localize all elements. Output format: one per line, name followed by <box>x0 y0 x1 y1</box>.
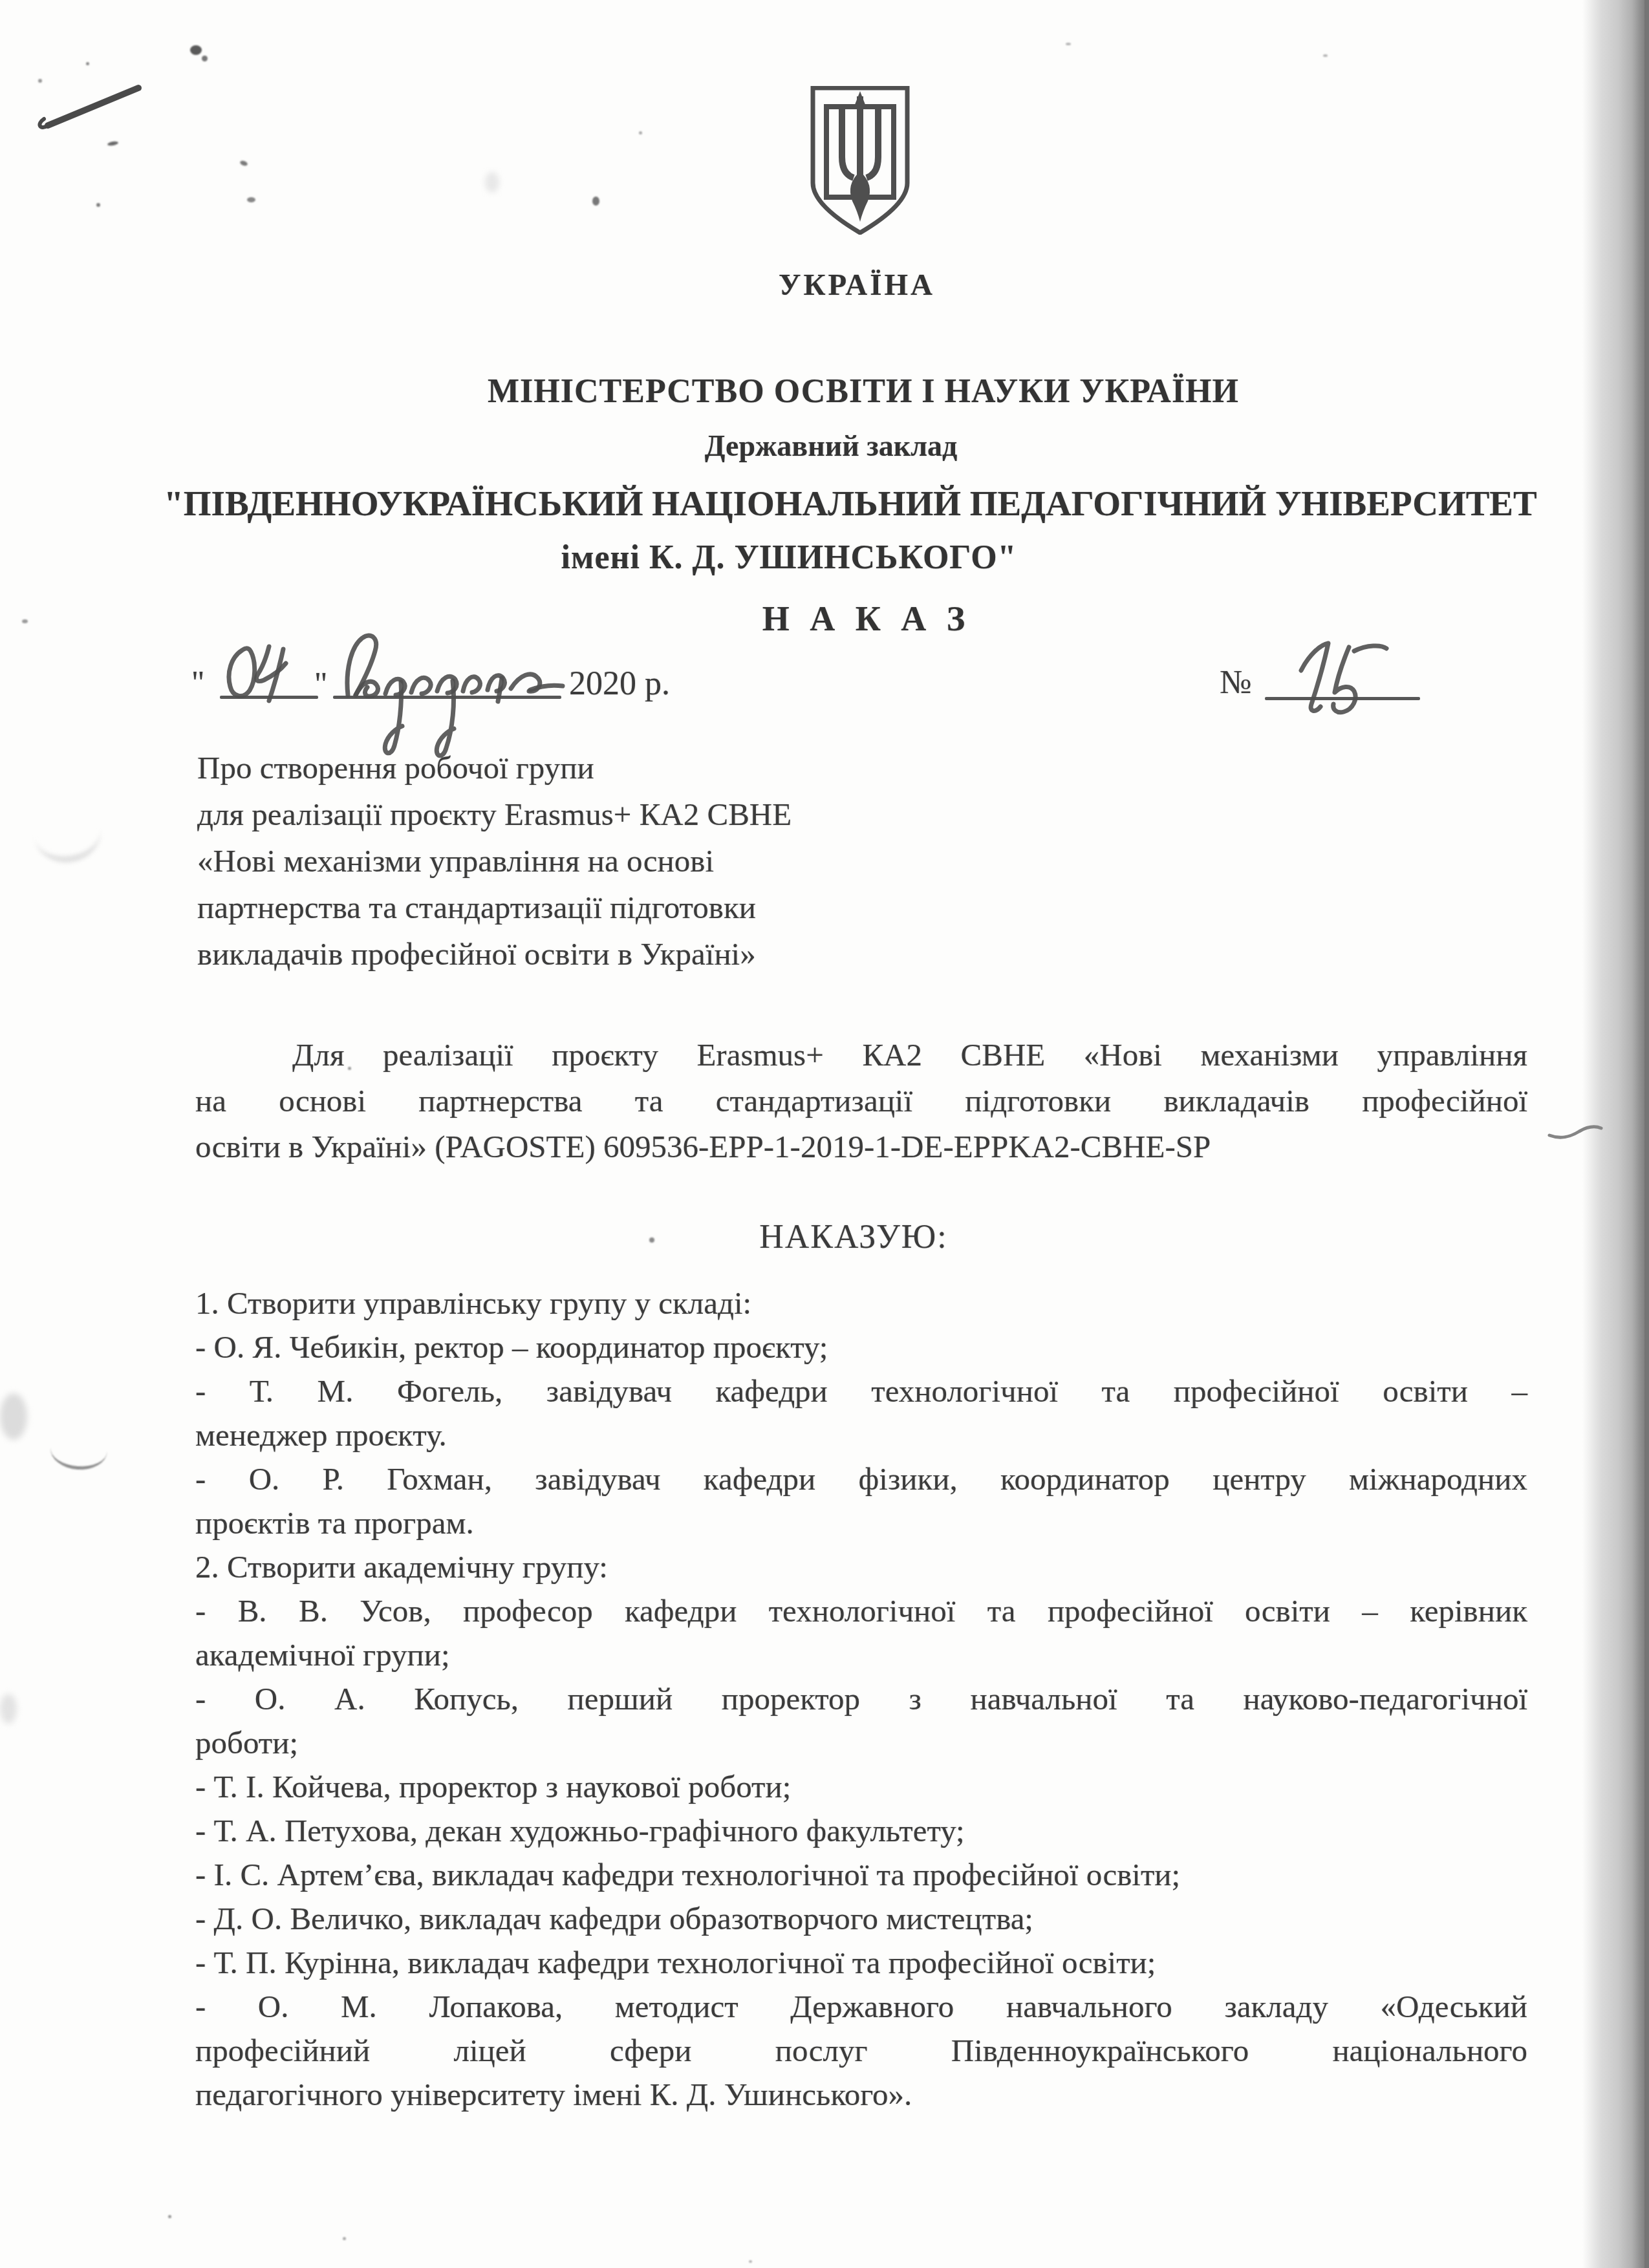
order-line: - О. Р. Гохман, завідувач кафедри фізики… <box>195 1457 1527 1501</box>
date-open-quote: " <box>191 663 204 701</box>
handwritten-date-day <box>220 639 304 707</box>
dust-speck <box>0 1694 17 1724</box>
dust-speck <box>348 1067 351 1070</box>
dust-speck <box>86 62 89 65</box>
order-line: педагогічного університету імені К. Д. У… <box>195 2073 1527 2117</box>
dust-speck <box>239 160 248 167</box>
dust-speck <box>38 79 42 83</box>
order-line: - О. М. Лопакова, методист Державного на… <box>195 1985 1527 2029</box>
number-sign: № <box>1220 663 1252 701</box>
dust-speck <box>247 197 255 202</box>
dust-speck <box>343 2237 346 2240</box>
intro-line: освіти в Україні» (PAGOSTE) 609536-EPP-1… <box>195 1124 1527 1170</box>
dust-speck <box>1066 43 1071 45</box>
order-line: - Т. А. Петухова, декан художньо-графічн… <box>195 1809 1527 1853</box>
order-line: - І. С. Артем’єва, викладач кафедри техн… <box>195 1853 1527 1897</box>
document-type-title: Н А К А З <box>762 599 971 639</box>
order-line: проєктів та програм. <box>195 1501 1527 1545</box>
order-line: 2. Створити академічну групу: <box>195 1545 1527 1589</box>
order-line: - Т. П. Курінна, викладач кафедри технол… <box>195 1941 1527 1985</box>
scan-squiggle-mark <box>1547 1118 1605 1145</box>
intro-line: Для реалізації проєкту Erasmus+ КА2 СВНЕ… <box>195 1032 1527 1078</box>
order-line: менеджер проєкту. <box>195 1413 1527 1457</box>
subject-line: «Нові механізми управління на основі <box>197 838 941 884</box>
order-line: - О. А. Копусь, перший проректор з навча… <box>195 1677 1527 1721</box>
order-subject: Про створення робочої групи для реалізац… <box>197 745 941 978</box>
institution-name-line1: "ПІВДЕННОУКРАЇНСЬКИЙ НАЦІОНАЛЬНИЙ ПЕДАГО… <box>164 483 1537 524</box>
ukraine-trident-emblem-icon <box>808 86 912 235</box>
dust-speck <box>639 131 642 134</box>
dust-speck <box>592 197 599 206</box>
scan-smudge-crescent <box>30 798 105 867</box>
country-name: УКРАЇНА <box>779 268 935 303</box>
date-year: 2020 р. <box>569 665 670 703</box>
handwritten-order-number <box>1287 637 1397 724</box>
institution-type: Державний заклад <box>705 429 957 463</box>
scanned-order-document: УКРАЇНА МІНІСТЕРСТВО ОСВІТИ І НАУКИ УКРА… <box>0 0 1649 2268</box>
dust-speck <box>107 141 119 147</box>
order-line: 1. Створити управлінську групу у складі: <box>195 1281 1527 1325</box>
pen-stroke-mark <box>31 72 147 140</box>
dust-speck <box>749 2260 752 2263</box>
order-line: професійний ліцей сфери послуг Південноу… <box>195 2029 1527 2073</box>
order-line: - Т. М. Фогель, завідувач кафедри технол… <box>195 1369 1527 1413</box>
resolution-word: НАКАЗУЮ: <box>759 1218 948 1256</box>
dust-speck <box>0 1393 27 1440</box>
subject-line: партнерства та стандартизації підготовки <box>197 884 941 931</box>
order-line: - Т. І. Койчева, проректор з наукової ро… <box>195 1765 1527 1809</box>
order-line: - О. Я. Чебикін, ректор – координатор пр… <box>195 1325 1527 1369</box>
order-items: 1. Створити управлінську групу у складі:… <box>195 1281 1527 2117</box>
dust-speck <box>649 1237 654 1243</box>
dust-speck <box>485 172 499 193</box>
dust-speck <box>202 56 208 61</box>
scan-smudge-crescent <box>49 1428 109 1471</box>
dust-speck <box>96 203 100 207</box>
dust-speck <box>1323 54 1328 57</box>
subject-line: викладачів професійної освіти в Україні» <box>197 931 941 978</box>
intro-line: на основі партнерства та стандартизації … <box>195 1078 1527 1124</box>
ministry-name: МІНІСТЕРСТВО ОСВІТИ І НАУКИ УКРАЇНИ <box>488 372 1239 411</box>
order-line: - В. В. Усов, професор кафедри технологі… <box>195 1589 1527 1633</box>
intro-paragraph: Для реалізації проєкту Erasmus+ КА2 СВНЕ… <box>195 1032 1527 1170</box>
dust-speck <box>22 619 28 623</box>
institution-name-line2: імені К. Д. УШИНСЬКОГО" <box>561 539 1017 577</box>
order-line: - Д. О. Величко, викладач кафедри образо… <box>195 1897 1527 1941</box>
dust-speck <box>190 45 202 55</box>
subject-line: для реалізації проєкту Erasmus+ КА2 СВНЕ <box>197 791 941 838</box>
order-line: академічної групи; <box>195 1633 1527 1677</box>
dust-speck <box>168 2215 171 2218</box>
order-line: роботи; <box>195 1721 1527 1765</box>
subject-line: Про створення робочої групи <box>197 745 941 791</box>
